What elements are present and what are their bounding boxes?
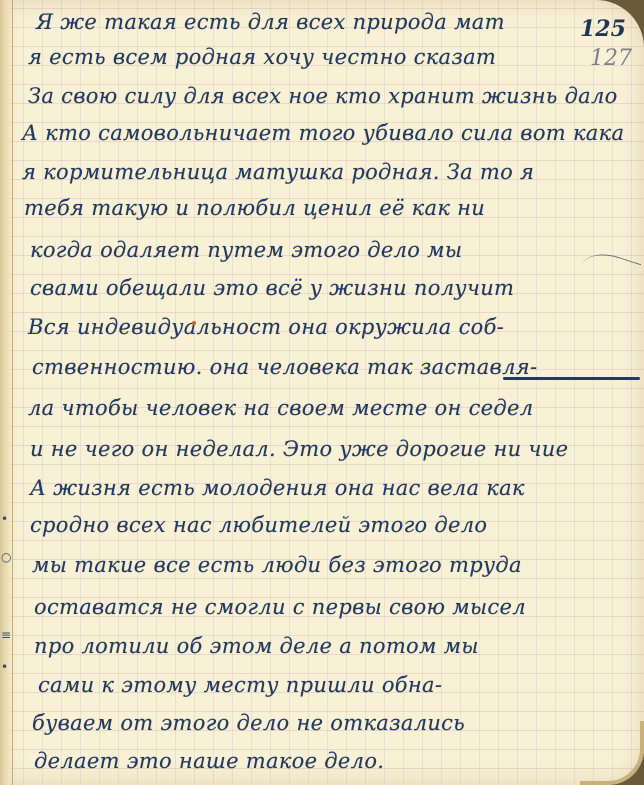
text-line: тебя такую и полюбил ценил её как ни (24, 196, 485, 220)
ink-spot (192, 321, 196, 325)
margin-mark: • (1, 512, 8, 526)
text-line: свами обещали это всё у жизни получит (30, 276, 514, 300)
text-line: я есть всем родная хочу честно сказат (28, 45, 496, 69)
text-line: Я же такая есть для всех природа мат (36, 10, 505, 34)
text-line: А жизня есть молодения она нас вела как (30, 476, 525, 500)
text-line: я кормительница матушка родная. За то я (22, 160, 534, 184)
text-line: мы такие все есть люди без этого труда (32, 553, 522, 577)
notebook-page: • ○ ≡ • 125 127 Я же такая есть для всех… (0, 0, 644, 785)
text-line: про лотили об этом деле а потом мы (34, 634, 479, 658)
text-line: делает это наше такое дело. (34, 749, 384, 773)
margin-mark: • (1, 660, 8, 674)
page-corner-top (575, 0, 644, 59)
text-line: А кто самовольничает того убивало сила в… (22, 121, 624, 145)
stray-pen-stroke (578, 247, 641, 294)
text-line: ственностию. она человека так заставля- (32, 355, 537, 379)
text-line: сами к этому месту пришли обна- (38, 673, 442, 697)
margin-mark: ≡ (1, 628, 11, 642)
text-line: За свою силу для всех ное кто хранит жиз… (28, 84, 618, 108)
margin-mark: ○ (1, 550, 11, 564)
page-corner-bottom (580, 721, 644, 785)
text-line: сродно всех нас любителей этого дело (30, 513, 487, 537)
text-line: ла чтобы человек на своем месте он седел (28, 396, 533, 420)
left-margin-marks: • ○ ≡ • (0, 0, 14, 785)
text-line: и не чего он неделал. Это уже дорогие ни… (30, 437, 568, 461)
underline-stroke (503, 377, 640, 380)
text-line: Вся индевидуальност она окружила соб- (28, 315, 504, 339)
text-line: оставатся не смогли с первы свою мысел (34, 595, 526, 619)
text-line: буваем от этого дело не отказались (32, 711, 465, 735)
text-line: когда одаляет путем этого дело мы (30, 238, 462, 262)
